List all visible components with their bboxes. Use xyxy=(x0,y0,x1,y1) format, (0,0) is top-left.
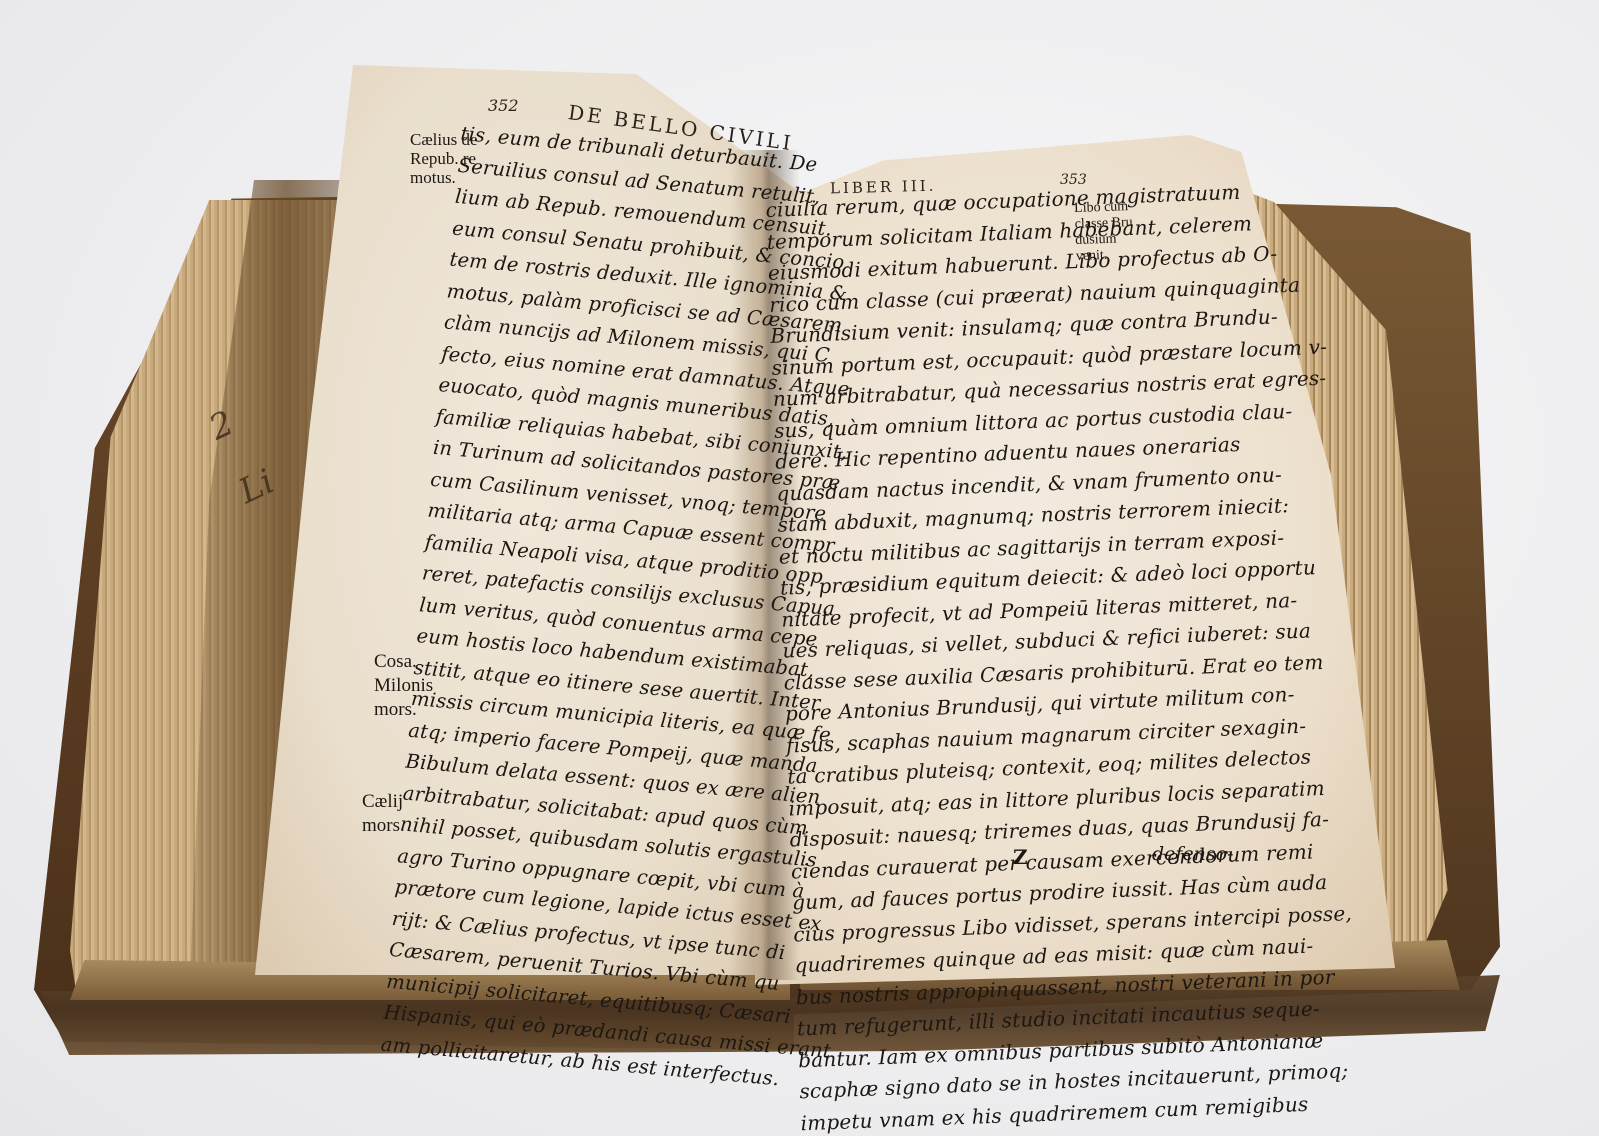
page-number-left: 352 xyxy=(488,96,519,115)
signature-mark: Z xyxy=(1013,845,1028,869)
marginal-note-line: Cælij xyxy=(362,790,405,814)
marginal-note: Cælij mors. xyxy=(362,790,405,838)
book-photo-scene: 2 Li 352 DE BELLO CIVILI Cælius de Repub… xyxy=(0,0,1599,1136)
right-page-body: ciuilia rerum, quæ occupatione magistrat… xyxy=(765,174,1360,1136)
catchword: defenso- xyxy=(1152,843,1234,865)
